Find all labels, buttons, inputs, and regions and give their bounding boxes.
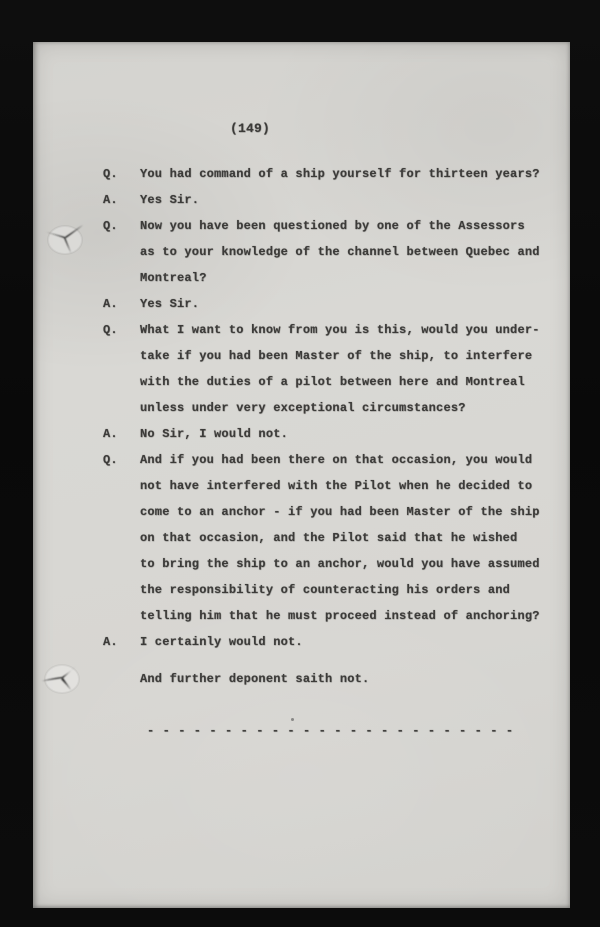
- qa-text: Now you have been questioned by one of t…: [140, 213, 553, 291]
- qa-text-line: No Sir, I would not.: [140, 421, 553, 447]
- punch-tear-mark-icon: [40, 658, 84, 700]
- qa-text-line: Montreal?: [140, 265, 553, 291]
- qa-text-line: telling him that he must proceed instead…: [140, 603, 553, 629]
- qa-entry: A. No Sir, I would not.: [103, 421, 553, 447]
- qa-text-line: on that occasion, and the Pilot said tha…: [140, 525, 553, 551]
- qa-text-line: not have interfered with the Pilot when …: [140, 473, 553, 499]
- page-number: (149): [230, 121, 270, 136]
- document-page: (149) Q. You had command of a ship yours…: [33, 42, 570, 908]
- qa-text: What I want to know from you is this, wo…: [140, 317, 553, 421]
- qa-entry: Q. What I want to know from you is this,…: [103, 317, 553, 421]
- dashed-separator: - - - - - - - - - - - - - - - - - - - - …: [147, 718, 514, 744]
- qa-entry: Q. And if you had been there on that occ…: [103, 447, 553, 629]
- speaker-label: Q.: [103, 213, 140, 239]
- qa-entry: Q. You had command of a ship yourself fo…: [103, 161, 553, 187]
- qa-text: No Sir, I would not.: [140, 421, 553, 447]
- qa-text: You had command of a ship yourself for t…: [140, 161, 553, 187]
- ink-speck: [291, 718, 294, 721]
- speaker-label: A.: [103, 187, 140, 213]
- speaker-label: A.: [103, 421, 140, 447]
- qa-entry: A. Yes Sir.: [103, 291, 553, 317]
- deponent-closing-line: And further deponent saith not.: [140, 666, 369, 692]
- qa-entry: A. Yes Sir.: [103, 187, 553, 213]
- qa-text: I certainly would not.: [140, 629, 553, 655]
- qa-entry: A. I certainly would not.: [103, 629, 553, 655]
- qa-text-line: take if you had been Master of the ship,…: [140, 343, 553, 369]
- qa-text: Yes Sir.: [140, 187, 553, 213]
- speaker-label: Q.: [103, 161, 140, 187]
- speaker-label: Q.: [103, 317, 140, 343]
- punch-tear-mark-icon: [43, 218, 87, 260]
- qa-text-line: And if you had been there on that occasi…: [140, 447, 553, 473]
- qa-text: And if you had been there on that occasi…: [140, 447, 553, 629]
- qa-text-line: with the duties of a pilot between here …: [140, 369, 553, 395]
- speaker-label: Q.: [103, 447, 140, 473]
- qa-text-line: unless under very exceptional circumstan…: [140, 395, 553, 421]
- qa-text-line: Yes Sir.: [140, 291, 553, 317]
- speaker-label: A.: [103, 629, 140, 655]
- qa-text-line: come to an anchor - if you had been Mast…: [140, 499, 553, 525]
- qa-text-line: Yes Sir.: [140, 187, 553, 213]
- qa-text-line: You had command of a ship yourself for t…: [140, 161, 553, 187]
- testimony-qa-list: Q. You had command of a ship yourself fo…: [103, 161, 553, 655]
- qa-text-line: Now you have been questioned by one of t…: [140, 213, 553, 239]
- speaker-label: A.: [103, 291, 140, 317]
- qa-entry: Q. Now you have been questioned by one o…: [103, 213, 553, 291]
- qa-text-line: as to your knowledge of the channel betw…: [140, 239, 553, 265]
- qa-text-line: What I want to know from you is this, wo…: [140, 317, 553, 343]
- microfilm-scan-background: (149) Q. You had command of a ship yours…: [0, 0, 600, 927]
- qa-text-line: the responsibility of counteracting his …: [140, 577, 553, 603]
- qa-text-line: to bring the ship to an anchor, would yo…: [140, 551, 553, 577]
- qa-text-line: I certainly would not.: [140, 629, 553, 655]
- qa-text: Yes Sir.: [140, 291, 553, 317]
